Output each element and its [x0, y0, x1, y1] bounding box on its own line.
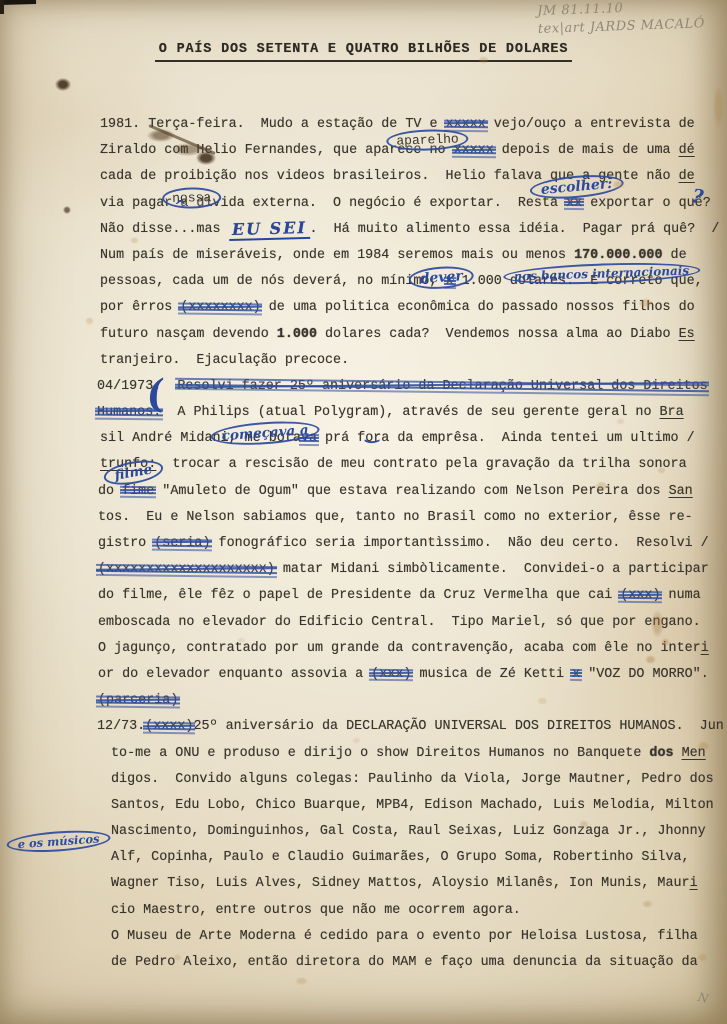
typed-line-9: futuro nasçam devendo 1.000 dolares cada…	[97, 322, 725, 348]
typed-text-segment: . Há muito alimento essa idéia. Pagar pr…	[310, 222, 720, 237]
typed-text-segment: O jagunço, contratado por um grande da c…	[98, 641, 701, 656]
struck-out-text: (xxx)	[620, 588, 660, 603]
typed-line-12: Humanos. A Philips (atual Polygram), atr…	[97, 400, 725, 426]
scan-edge-artifact	[0, 0, 4, 14]
typed-text-segment: Men	[682, 746, 706, 761]
typed-text-segment: emboscada no elevador do Edificio Centra…	[98, 615, 701, 630]
typed-line-19: do filme, êle fêz o papel de Presidente …	[97, 583, 725, 609]
typed-text-segment: de Pedro Aleixo, então diretora do MAM e…	[111, 955, 698, 970]
typed-text-segment: digos. Convido alguns colegas: Paulinho …	[111, 772, 714, 787]
typed-line-11: 04/1973. Resolvi fazer 25º aniversário d…	[97, 374, 725, 400]
typed-text-segment: trocar a rescisão de meu contrato pela g…	[156, 457, 686, 472]
typed-line-32: O Museu de Arte Moderna é cedido para o …	[97, 924, 725, 950]
typed-text-segment: dolares cada? Vendemos nossa alma ao Dia…	[317, 327, 679, 342]
typed-line-28: Nascimento, Dominguinhos, Gal Costa, Rau…	[97, 819, 725, 845]
typed-text-segment: matar Midani simbòlicamente. Convidei-o …	[275, 562, 709, 577]
struck-out-text: (seria)	[154, 536, 210, 551]
annotation-breve-mark: ‿	[366, 424, 379, 443]
typed-line-5: Não disse...mas EU SEI. Há muito aliment…	[97, 217, 725, 243]
typed-text-segment: 04/1973.	[97, 379, 177, 394]
typed-text-segment: dos	[649, 746, 673, 761]
typed-text-segment: Num país de miseráveis, onde em 1984 ser…	[100, 248, 574, 263]
typed-text-segment: vejo/ouço a entrevista de	[486, 117, 695, 132]
typed-text-segment: por êrros	[100, 300, 180, 315]
typed-text-segment: Santos, Edu Lobo, Chico Buarque, MPB4, E…	[111, 798, 714, 813]
struck-out-text: x	[572, 667, 580, 682]
typed-line-22: or do elevador enquanto assovia a (xxx) …	[97, 662, 725, 688]
typed-line-26: digos. Convido alguns colegas: Paulinho …	[97, 767, 725, 793]
page-title: O PAÍS DOS SETENTA E QUATRO BILHÕES DE D…	[155, 42, 572, 62]
stain	[63, 206, 71, 214]
typed-line-33: de Pedro Aleixo, então diretora do MAM e…	[97, 950, 725, 976]
typed-line-24: 12/73.(xxxx)25º aniversário da DECLARAÇÃ…	[97, 714, 725, 740]
typed-line-31: cio Maestro, entre outros que não me oco…	[97, 898, 725, 924]
scanned-document-page: O PAÍS DOS SETENTA E QUATRO BILHÕES DE D…	[0, 0, 727, 1024]
typed-text-segment: Wagner Tiso, Luis Alves, Sidney Mattos, …	[111, 876, 690, 891]
typed-text-segment: or do elevador enquanto assovia a	[98, 667, 371, 682]
typed-text-segment: San	[669, 484, 693, 499]
typed-text-segment: Es	[679, 327, 695, 342]
typed-text-segment: to-me a ONU e produso e dirijo o show Di…	[111, 746, 649, 761]
struck-out-text: (xxx)	[371, 667, 411, 682]
typed-text-segment: musica de Zé Ketti	[411, 667, 572, 682]
typed-text-segment: 12/73.	[97, 719, 145, 734]
stain	[55, 78, 71, 91]
struck-out-text: (parceria)	[98, 693, 178, 708]
typed-text-segment: 25º aniversário da DECLARAÇÃO UNIVERSAL …	[193, 719, 723, 734]
typed-line-20: emboscada no elevador do Edificio Centra…	[97, 610, 725, 636]
typed-text-segment: pessoas, cada um de nós deverá, no mínim…	[100, 274, 446, 289]
struck-out-text: (xxxxxxxxxxxxxxxxxxxx)	[98, 562, 275, 577]
typed-line-30: Wagner Tiso, Luis Alves, Sidney Mattos, …	[97, 871, 725, 897]
typed-text-segment: Bra	[660, 405, 684, 420]
typed-line-17: gistro (seria) fonográfico seria importa…	[97, 531, 725, 557]
typed-line-23: (parceria)	[97, 688, 725, 714]
typed-text-segment: Alf, Copinha, Paulo e Claudio Guimarães,…	[111, 850, 690, 865]
typed-text-segment: tranjeiro. Ejaculação precoce.	[100, 353, 349, 368]
annotation-musicos-insert: e os músicos	[6, 828, 111, 855]
typed-line-27: Santos, Edu Lobo, Chico Buarque, MPB4, E…	[97, 793, 725, 819]
struck-out-text: Resolvi fazer 25º aniversário da Declara…	[177, 379, 707, 394]
typed-text-segment: de	[663, 248, 687, 263]
struck-out-text: fime	[122, 484, 154, 499]
typed-text-segment: de uma politica econômica do passado nos…	[261, 300, 695, 315]
typed-text-segment: do filme, êle fêz o papel de Presidente …	[98, 588, 620, 603]
typed-text-segment: i	[690, 876, 698, 891]
typed-text-segment: cio Maestro, entre outros que não me oco…	[111, 903, 521, 918]
typed-text-segment: tos. Eu e Nelson sabiamos que, tanto no …	[98, 510, 693, 525]
typed-text-segment: Não disse...mas	[100, 222, 229, 237]
typed-line-21: O jagunço, contratado por um grande da c…	[97, 636, 725, 662]
typed-text-segment: de	[679, 169, 695, 184]
stain	[295, 977, 308, 985]
typed-text-segment: depois de mais de uma	[494, 143, 679, 158]
typed-line-18: (xxxxxxxxxxxxxxxxxxxx) matar Midani simb…	[97, 557, 725, 583]
typed-line-13: sil André Midani, me botava prá fora da …	[97, 426, 725, 452]
typed-text-segment: do	[98, 484, 122, 499]
stain	[85, 317, 94, 325]
typed-line-25: to-me a ONU e produso e dirijo o show Di…	[97, 741, 725, 767]
struck-out-text: (xxxx)	[145, 719, 193, 734]
typed-text-segment	[674, 746, 682, 761]
typed-text-segment: 170.000.000	[574, 248, 662, 263]
typed-text-segment: fonográfico seria importantìssimo. Não d…	[211, 536, 709, 551]
typed-line-29: Alf, Copinha, Paulo e Claudio Guimarães,…	[97, 845, 725, 871]
typed-text-block: 1981. Terça-feira. Mudo a estação de TV …	[97, 112, 725, 976]
typed-line-15: do fime "Amuleto de Ogum" que estava rea…	[97, 479, 725, 505]
title-row: O PAÍS DOS SETENTA E QUATRO BILHÕES DE D…	[0, 39, 727, 62]
typed-text-segment: A Philips (atual Polygram), através de s…	[161, 405, 659, 420]
typed-text-segment: Nascimento, Dominguinhos, Gal Costa, Rau…	[111, 824, 706, 839]
annotation-archive-note: JM 81.11.10 tex|art JARDS MACALÓ	[537, 0, 705, 38]
scan-edge-artifact	[0, 0, 36, 5]
typed-text-segment: dé	[679, 143, 695, 158]
typed-text-segment: 1.000	[277, 327, 317, 342]
typed-line-10: tranjeiro. Ejaculação precoce.	[97, 348, 725, 374]
typed-line-16: tos. Eu e Nelson sabiamos que, tanto no …	[97, 505, 725, 531]
typed-text-segment: gistro	[98, 536, 154, 551]
typed-text-segment: futuro nasçam devendo	[100, 327, 277, 342]
annotation-caret-mark: ^	[174, 197, 187, 215]
typed-line-14: trunfo: trocar a rescisão de meu contrat…	[97, 452, 725, 478]
typed-text-segment: O Museu de Arte Moderna é cedido para o …	[111, 929, 698, 944]
typed-text-segment: "Amuleto de Ogum" que estava realizando …	[154, 484, 668, 499]
typed-text-segment: numa	[661, 588, 701, 603]
typed-text-segment: "VOZ DO MORRO".	[580, 667, 709, 682]
typed-text-segment: i	[701, 641, 709, 656]
typed-line-8: por êrros (xxxxxxxx) de uma politica eco…	[97, 295, 725, 321]
annotation-corner-mark: N	[696, 989, 711, 1007]
handwritten-inline-correction: EU SEI	[228, 220, 309, 241]
struck-out-text: (xxxxxxxx)	[180, 300, 260, 315]
